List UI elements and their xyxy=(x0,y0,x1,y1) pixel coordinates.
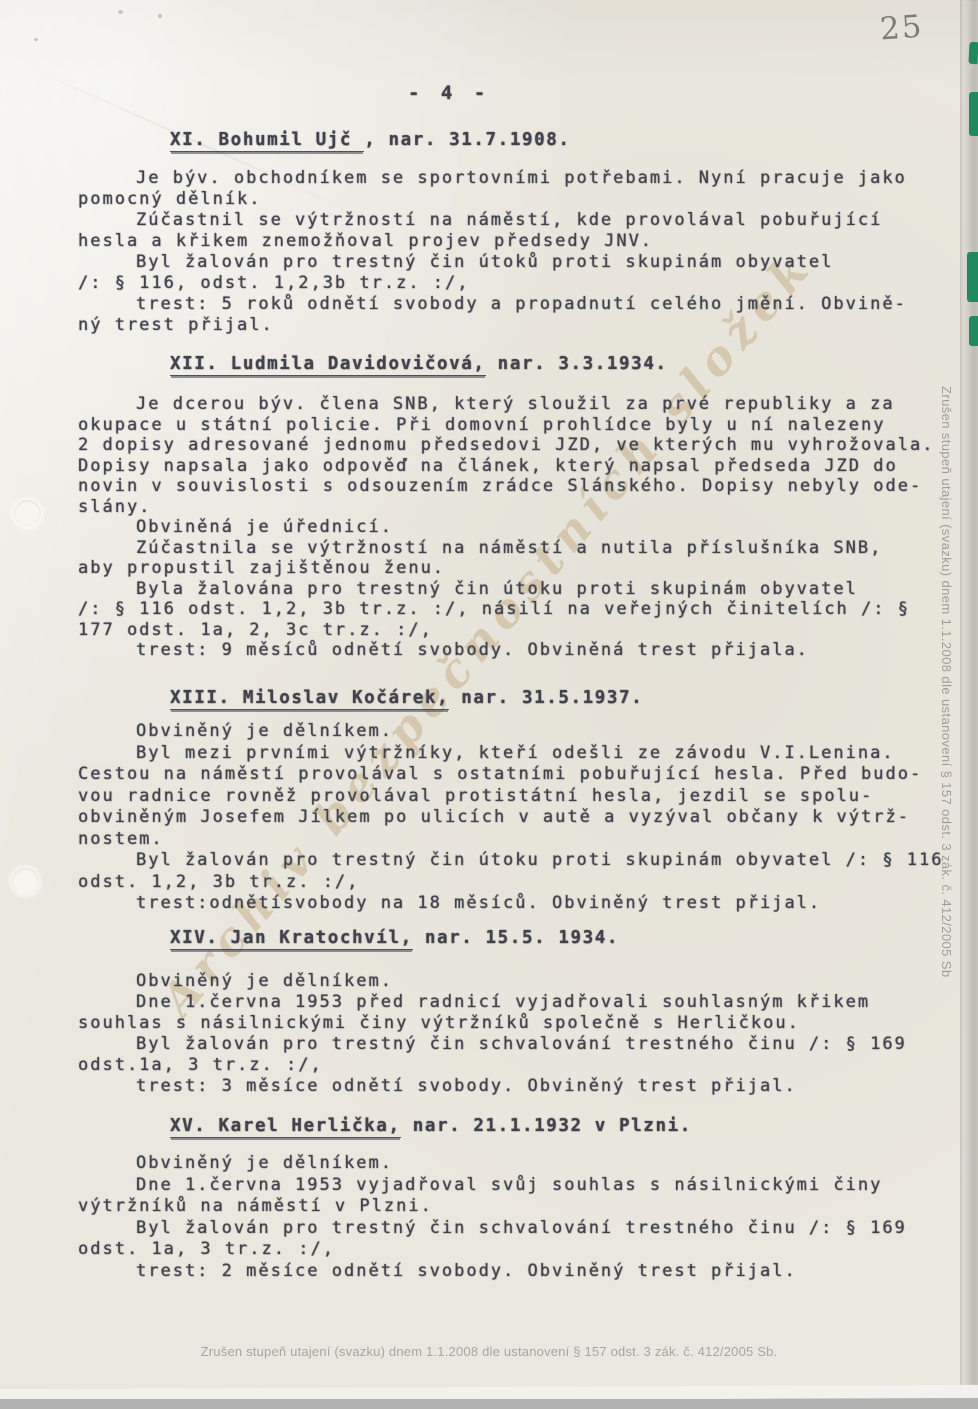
text-line: výtržníků na náměstí v Plzni. xyxy=(78,1196,964,1218)
case-heading: XIV. Jan Kratochvíl, nar. 15.5. 1934. xyxy=(170,928,964,948)
declassification-note-bottom: Zrušen stupeň utajení (svazku) dnem 1.1.… xyxy=(0,1344,978,1359)
text-line: trest:odnětísvobody na 18 měsíců. Obvině… xyxy=(78,893,964,915)
text-line: aby propustil zajištěnou ženu. xyxy=(78,558,964,579)
case-heading: XV. Karel Herlička, nar. 21.1.1932 v Plz… xyxy=(170,1116,964,1136)
text-line: trest: 3 měsíce odnětí svobody. Obviněný… xyxy=(78,1076,964,1097)
text-line: Obviněný je dělníkem. xyxy=(78,721,964,743)
text-line: odst.1a, 3 tr.z. :/, xyxy=(78,1055,964,1076)
case-heading-name: XI. Bohumil Ujč xyxy=(170,130,364,152)
text-line: Byl mezi prvními výtržníky, kteří odešli… xyxy=(78,743,964,765)
case-section: XI. Bohumil Ujč , nar. 31.7.1908.Je býv.… xyxy=(78,130,964,336)
page-number: - 4 - xyxy=(408,82,490,104)
text-line: Zúčastnil se výtržností na náměstí, kde … xyxy=(78,210,964,231)
case-heading: XIII. Miloslav Kočárek, nar. 31.5.1937. xyxy=(170,688,964,708)
text-line: Byl žalován pro trestný čin útoku proti … xyxy=(78,850,964,872)
text-line: odst. 1,2, 3b tr.z. :/, xyxy=(78,872,964,894)
case-heading-birthdate: , nar. 31.7.1908. xyxy=(364,130,570,150)
paper-speck xyxy=(118,10,123,14)
text-line: /: § 116 odst. 1,2, 3b tr.z. :/, násilí … xyxy=(78,599,964,620)
text-line: trest: 5 roků odnětí svobody a propadnut… xyxy=(78,294,964,315)
case-heading-birthdate: nar. 15.5. 1934. xyxy=(413,928,619,948)
punch-hole xyxy=(12,868,39,895)
paper-speck xyxy=(158,14,162,18)
text-line: Obviněná je úřednicí. xyxy=(78,517,964,538)
text-line: Je dcerou býv. člena SNB, který sloužil … xyxy=(78,394,964,415)
case-section: XIII. Miloslav Kočárek, nar. 31.5.1937.O… xyxy=(78,688,964,915)
text-line: hesla a křikem znemožňoval projev předse… xyxy=(78,231,964,252)
case-section: XII. Ludmila Davidovičová, nar. 3.3.1934… xyxy=(78,354,964,661)
text-line: Obviněný je dělníkem. xyxy=(78,1153,964,1175)
case-heading-name: XV. Karel Herlička, xyxy=(170,1116,401,1138)
case-section: XV. Karel Herlička, nar. 21.1.1932 v Plz… xyxy=(78,1116,964,1282)
text-line: nostem. xyxy=(78,829,964,851)
scanned-page: { "page": { "page_number_display": "- 4 … xyxy=(0,0,978,1409)
text-line: 2 dopisy adresované jednomu předsedovi J… xyxy=(78,435,964,456)
case-heading-name: XIV. Jan Kratochvíl, xyxy=(170,928,413,950)
green-edge-stamp-mark xyxy=(967,252,978,302)
case-heading: XI. Bohumil Ujč , nar. 31.7.1908. xyxy=(170,130,964,150)
case-body: Obviněný je dělníkem.Byl mezi prvními vý… xyxy=(78,721,964,915)
case-body: Je dcerou býv. člena SNB, který sloužil … xyxy=(78,394,964,661)
text-line: souhlas s násilnickými činy výtržníků sp… xyxy=(78,1013,964,1034)
case-body: Obviněný je dělníkem.Dne 1.června 1953 p… xyxy=(78,971,964,1097)
text-line: /: § 116, odst. 1,2,3b tr.z. :/, xyxy=(78,273,964,294)
text-line: novin v souvislosti s odsouzením zrádce … xyxy=(78,476,964,497)
green-edge-stamp-mark xyxy=(969,316,978,346)
case-heading: XII. Ludmila Davidovičová, nar. 3.3.1934… xyxy=(170,354,964,374)
case-body: Je býv. obchodníkem se sportovními potře… xyxy=(78,168,964,336)
scan-strip-dark xyxy=(0,1399,978,1409)
text-line: vou radnice rovněž provolával protistátn… xyxy=(78,786,964,808)
text-line: trest: 9 měsíců odnětí svobody. Obviněná… xyxy=(78,640,964,661)
text-line: obviněným Josefem Jílkem po ulicích v au… xyxy=(78,807,964,829)
green-edge-stamp-mark xyxy=(968,42,978,64)
case-body: Obviněný je dělníkem.Dne 1.června 1953 v… xyxy=(78,1153,964,1282)
paper-speck xyxy=(34,38,38,41)
text-line: Dne 1.června 1953 vyjadřoval svůj souhla… xyxy=(78,1175,964,1197)
handwritten-folio-number: 25 xyxy=(879,9,925,48)
text-line: Dne 1.června 1953 před radnicí vyjadřova… xyxy=(78,992,964,1013)
case-section: XIV. Jan Kratochvíl, nar. 15.5. 1934.Obv… xyxy=(78,928,964,1097)
case-heading-birthdate: nar. 3.3.1934. xyxy=(486,354,668,374)
text-line: 177 odst. 1a, 2, 3c tr.z. :/, xyxy=(78,620,964,641)
text-line: Byl žalován pro trestný čin schvalování … xyxy=(78,1218,964,1240)
text-line: Byl žalován pro trestný čin schvalování … xyxy=(78,1034,964,1055)
text-line: slány. xyxy=(78,497,964,518)
text-line: Byla žalována pro trestný čin útoku prot… xyxy=(78,579,964,600)
text-line: Zúčastnila se výtržností na náměstí a nu… xyxy=(78,538,964,559)
text-line: Je býv. obchodníkem se sportovními potře… xyxy=(78,168,964,189)
text-line: ný trest přijal. xyxy=(78,315,964,336)
case-heading-name: XII. Ludmila Davidovičová, xyxy=(170,354,486,376)
case-heading-name: XIII. Miloslav Kočárek, xyxy=(170,688,449,710)
punch-hole xyxy=(14,500,41,527)
case-heading-birthdate: nar. 31.5.1937. xyxy=(449,688,643,708)
text-line: Byl žalován pro trestný čin útoků proti … xyxy=(78,252,964,273)
text-line: pomocný dělník. xyxy=(78,189,964,210)
text-line: Obviněný je dělníkem. xyxy=(78,971,964,992)
text-line: okupace u státní policie. Při domovní pr… xyxy=(78,415,964,436)
case-heading-birthdate: nar. 21.1.1932 v Plzni. xyxy=(401,1116,692,1136)
text-line: Cestou na náměstí provolával s ostatními… xyxy=(78,764,964,786)
text-line: trest: 2 měsíce odnětí svobody. Obviněný… xyxy=(78,1261,964,1283)
text-line: odst. 1a, 3 tr.z. :/, xyxy=(78,1239,964,1261)
green-edge-stamp-mark xyxy=(969,92,978,136)
text-line: Dopisy napsala jako odpověď na článek, k… xyxy=(78,456,964,477)
